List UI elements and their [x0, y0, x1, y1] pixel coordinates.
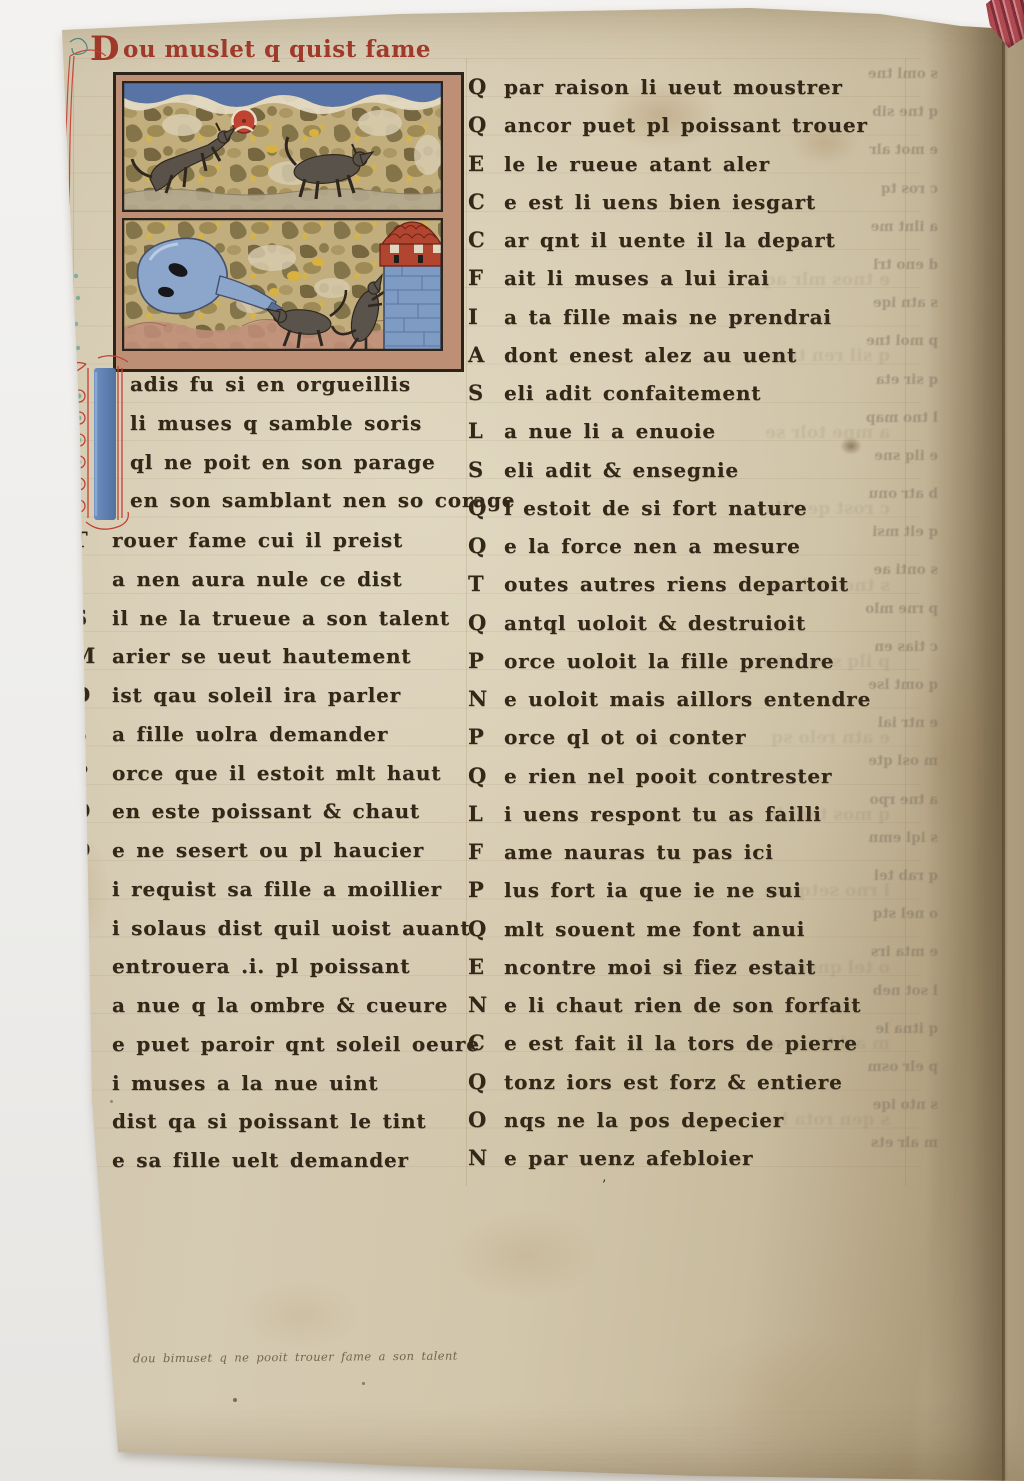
verse-text: en son samblant nen so corage: [130, 488, 515, 512]
verse-line: Porce ql ot oi conter: [468, 724, 918, 762]
verse-text: par raison li ueut moustrer: [504, 75, 843, 99]
verse-initial: I: [468, 304, 504, 329]
stain: [240, 1280, 360, 1350]
verse-line: Encontre moi si fiez estait: [468, 954, 918, 992]
verse-initial: P: [468, 877, 504, 902]
verse-line: Qancor puet pl poissant trouer: [468, 112, 918, 150]
verse-line: Li solaus dist quil uoist auant: [72, 915, 492, 954]
verse-line: Ia nen aura nule ce dist: [72, 566, 492, 605]
verse-line: Ele le rueue atant aler: [468, 151, 918, 189]
verse-text: eli adit & ensegnie: [504, 458, 739, 482]
verse-initial: S: [72, 953, 112, 978]
verse-line: adis fu si en orgueillis: [72, 372, 492, 411]
verse-line: Ce est fait il la tors de pierre: [468, 1030, 918, 1068]
verse-initial: C: [72, 876, 112, 901]
verse-line: Seli adit confaitement: [468, 380, 918, 418]
verse-initial: L: [468, 801, 504, 826]
folio-number: 63: [23, 359, 49, 383]
verse-text: e est li uens bien iesgart: [504, 190, 816, 214]
verse-text: e est fait il la tors de pierre: [504, 1031, 858, 1055]
miniature-panel-top: [122, 81, 443, 212]
verse-initial: Q: [468, 1069, 504, 1094]
verse-text: e sa fille uelt demander: [112, 1148, 409, 1172]
verse-initial: Q: [468, 74, 504, 99]
verse-line: Li muses a la nue uint: [72, 1070, 492, 1109]
verse-initial: T: [468, 571, 504, 596]
verse-initial: S: [72, 721, 112, 746]
verse-text: antql uoloit & destruioit: [504, 611, 806, 635]
verse-line: Qen este poissant & chaut: [72, 798, 492, 837]
verse-line: Qpar raison li ueut moustrer: [468, 74, 918, 112]
foot-tick-mark: ’: [602, 1178, 606, 1193]
miniature: [113, 72, 464, 372]
verse-text: dont enest alez au uent: [504, 343, 797, 367]
verse-initial: Q: [72, 1108, 112, 1133]
rubric-initial: D: [90, 39, 120, 59]
verse-line: Ne par uenz afebloier: [468, 1145, 918, 1183]
rubric-title: Dou muslet q quist fame: [90, 36, 431, 63]
verse-initial: F: [468, 839, 504, 864]
verse-initial: Q: [468, 533, 504, 558]
verse-line: Ia ta fille mais ne prendrai: [468, 304, 918, 342]
verse-initial: A: [468, 342, 504, 367]
verse-initial: S: [468, 380, 504, 405]
text-column-left: adis fu si en orgueillis li muses q samb…: [72, 372, 492, 1186]
verse-line: Porce que il estoit mlt haut: [72, 760, 492, 799]
verse-text: i muses a la nue uint: [112, 1071, 378, 1095]
verse-line: Seli adit & ensegnie: [468, 457, 918, 495]
verse-line: Sentrouera .i. pl poissant: [72, 953, 492, 992]
verse-text: l estoit de si fort nature: [504, 496, 807, 520]
verse-initial: P: [72, 760, 112, 785]
red-pinwheel-sun: [232, 109, 256, 133]
verse-line: Sa fille uolra demander: [72, 721, 492, 760]
stone-tower: [380, 222, 441, 351]
text-column-right: Qpar raison li ueut moustrer Qancor puet…: [468, 74, 918, 1183]
red-dot-mark: [44, 70, 49, 76]
verse-line: Ce est li uens bien iesgart: [468, 189, 918, 227]
stain: [445, 1210, 605, 1300]
verse-line: Fait li muses a lui irai: [468, 265, 918, 303]
verse-initial: L: [72, 1070, 112, 1095]
verse-initial: D: [72, 682, 112, 707]
verse-text: le le rueue atant aler: [504, 152, 770, 176]
verse-initial: Q: [468, 610, 504, 635]
verse-text: e uoloit mais aillors entendre: [504, 687, 871, 711]
verse-text: ql ne poit en son parage: [130, 450, 436, 474]
verse-line: Ci requist sa fille a moillier: [72, 876, 492, 915]
verse-initial: N: [468, 992, 504, 1017]
verse-initial: F: [468, 265, 504, 290]
parchment-page: s oml tneq tne sibe mot alrc ros tqa iln…: [0, 0, 1024, 1481]
verse-initial: P: [468, 648, 504, 673]
verse-text: ist qau soleil ira parler: [112, 683, 401, 707]
verse-text: ame nauras tu pas ici: [504, 840, 774, 864]
miniature-panel-bottom: [122, 218, 443, 351]
speck: [233, 1398, 237, 1402]
verse-line: Onqs ne la pos depecier: [468, 1107, 918, 1145]
footer-cursive-note: dou bimuset q ne pooit trouer fame a son…: [133, 1349, 458, 1366]
verse-line: Toutes autres riens departoit: [468, 571, 918, 609]
verse-line: Qantql uoloit & destruioit: [468, 610, 918, 648]
verse-line: Qe la force nen a mesure: [468, 533, 918, 571]
verse-text: entrouera .i. pl poissant: [112, 954, 410, 978]
verse-text: i uens respont tu as failli: [504, 802, 822, 826]
verse-initial: Q: [468, 916, 504, 941]
verse-text: ar qnt il uente il la depart: [504, 228, 836, 252]
verse-initial: N: [468, 686, 504, 711]
verse-text: il ne la trueue a son talent: [112, 606, 450, 630]
verse-initial: N: [468, 1145, 504, 1170]
verse-text: a nue li a enuoie: [504, 419, 716, 443]
verse-text: nqs ne la pos depecier: [504, 1108, 784, 1132]
verse-line: Sil ne la trueue a son talent: [72, 605, 492, 644]
stain: [660, 1330, 920, 1470]
verse-initial: C: [468, 227, 504, 252]
speck: [362, 1382, 365, 1385]
verse-initial: Q: [468, 495, 504, 520]
verse-initial: E: [468, 151, 504, 176]
verse-text: rouer fame cui il preist: [112, 528, 403, 552]
verse-text: outes autres riens departoit: [504, 572, 849, 596]
margin-verse-count: 2400: [20, 670, 66, 688]
verse-line: Adont enest alez au uent: [468, 342, 918, 380]
verse-text: i requist sa fille a moillier: [112, 877, 442, 901]
verse-text: en este poissant & chaut: [112, 799, 420, 823]
verse-text: arier se ueut hautement: [112, 644, 411, 668]
verse-line: Qtonz iors est forz & entiere: [468, 1069, 918, 1107]
verse-initial: E: [468, 954, 504, 979]
column-guide: [73, 58, 74, 1186]
verse-initial: L: [468, 418, 504, 443]
verse-line: La nue q la ombre & cueure: [72, 992, 492, 1031]
verse-text: e ne sesert ou pl haucier: [112, 838, 424, 862]
verse-text: ancor puet pl poissant trouer: [504, 113, 868, 137]
verse-line: Qe rien nel pooit contrester: [468, 763, 918, 801]
verse-text: dist qa si poissant le tint: [112, 1109, 426, 1133]
verse-text: e par uenz afebloier: [504, 1146, 753, 1170]
verse-line: Plus fort ia que ie ne sui: [468, 877, 918, 915]
verse-line: ql ne poit en son parage: [72, 450, 492, 489]
verse-line: Car qnt il uente il la depart: [468, 227, 918, 265]
rubric-text: ou muslet q quist fame: [123, 36, 431, 63]
verse-initial: O: [468, 1107, 504, 1132]
verse-line: Qdist qa si poissant le tint: [72, 1108, 492, 1147]
verse-initial: M: [72, 643, 112, 668]
next-page-edge: [1002, 0, 1024, 1481]
verse-initial: L: [72, 915, 112, 940]
verse-text: lus fort ia que ie ne sui: [504, 878, 802, 902]
verse-text: orce ql ot oi conter: [504, 725, 746, 749]
verse-line: Ne uoloit mais aillors entendre: [468, 686, 918, 724]
verse-initial: L: [72, 992, 112, 1017]
verse-line: Li uens respont tu as failli: [468, 801, 918, 839]
verse-text: a fille uolra demander: [112, 722, 388, 746]
verse-text: e li chaut rien de son forfait: [504, 993, 861, 1017]
verse-line: Qmlt souent me font anui: [468, 916, 918, 954]
verse-initial: S: [72, 605, 112, 630]
verse-line: Qe ne sesert ou pl haucier: [72, 837, 492, 876]
verse-initial: Q: [72, 837, 112, 862]
verse-line: Ne li chaut rien de son forfait: [468, 992, 918, 1030]
verse-line: Trouer fame cui il preist: [72, 527, 492, 566]
verse-initial: Q: [72, 1147, 112, 1172]
verse-text: orce uoloit la fille prendre: [504, 649, 834, 673]
verse-line: La nue li a enuoie: [468, 418, 918, 456]
verse-text: ait li muses a lui irai: [504, 266, 770, 290]
verse-text: a nen aura nule ce dist: [112, 567, 402, 591]
manuscript-photo: s oml tneq tne sibe mot alrc ros tqa iln…: [0, 0, 1024, 1481]
verse-initial: C: [468, 1030, 504, 1055]
verse-text: e rien nel pooit contrester: [504, 764, 832, 788]
verse-line: Fame nauras tu pas ici: [468, 839, 918, 877]
verse-text: mlt souent me font anui: [504, 917, 805, 941]
verse-text: li muses q samble soris: [130, 411, 422, 435]
verse-text: a nue q la ombre & cueure: [112, 993, 448, 1017]
verse-text: a ta fille mais ne prendrai: [504, 305, 832, 329]
verse-line: Marier se ueut hautement: [72, 643, 492, 682]
verse-initial: Q: [72, 798, 112, 823]
verse-line: Ne puet paroir qnt soleil oeure: [72, 1031, 492, 1070]
verse-initial: Q: [468, 763, 504, 788]
verse-line: Qe sa fille uelt demander: [72, 1147, 492, 1186]
verse-initial: C: [468, 189, 504, 214]
verse-text: eli adit confaitement: [504, 381, 761, 405]
verse-text: tonz iors est forz & entiere: [504, 1070, 843, 1094]
verse-text: i solaus dist quil uoist auant: [112, 916, 470, 940]
verse-text: e la force nen a mesure: [504, 534, 801, 558]
verse-initial: P: [468, 724, 504, 749]
verse-initial: S: [468, 457, 504, 482]
verse-line: Porce uoloit la fille prendre: [468, 648, 918, 686]
verse-line: Dist qau soleil ira parler: [72, 682, 492, 721]
verse-initial: N: [72, 1031, 112, 1056]
verse-initial: T: [72, 527, 112, 552]
verse-text: e puet paroir qnt soleil oeure: [112, 1032, 480, 1056]
verse-line: li muses q samble soris: [72, 411, 492, 450]
verse-line: Ql estoit de si fort nature: [468, 495, 918, 533]
verse-text: orce que il estoit mlt haut: [112, 761, 441, 785]
verse-initial: Q: [468, 112, 504, 137]
verse-initial: I: [72, 566, 112, 591]
margin-arrow-mark: →: [24, 1150, 35, 1165]
verse-line: en son samblant nen so corage: [72, 488, 492, 527]
verse-text: ncontre moi si fiez estait: [504, 955, 816, 979]
verse-text: adis fu si en orgueillis: [130, 372, 411, 396]
